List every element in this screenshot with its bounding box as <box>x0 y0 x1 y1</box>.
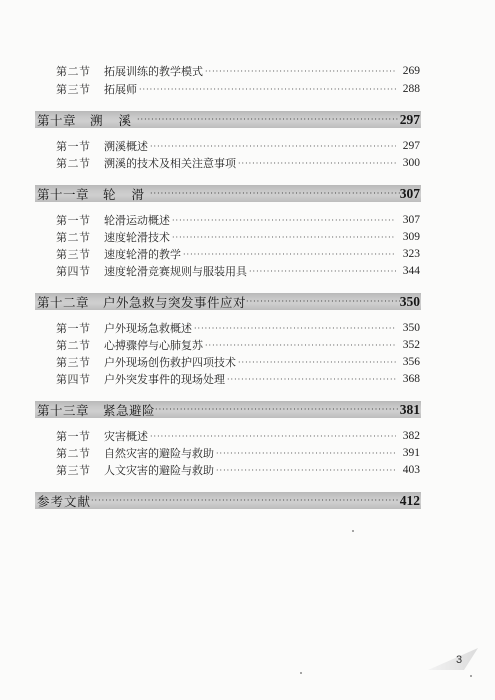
section-title: 速度轮滑技术 <box>100 229 170 245</box>
section-page: 323 <box>398 248 420 260</box>
chapter-page: 297 <box>400 112 421 128</box>
section-page: 307 <box>398 214 420 226</box>
section-title: 拓展师 <box>100 81 137 97</box>
section-title: 速度轮滑竞赛规则与服装用具 <box>100 263 247 279</box>
toc-section-row[interactable]: 第一节 灾害概述 382 <box>56 428 420 444</box>
toc-section-row[interactable]: 第四节 户外突发事件的现场处理 368 <box>56 371 420 387</box>
section-title: 拓展训练的教学模式 <box>100 63 203 79</box>
section-title: 速度轮滑的教学 <box>100 246 181 262</box>
section-page: 269 <box>398 65 420 77</box>
dot-leader <box>91 496 400 505</box>
section-number: 第二节 <box>56 63 100 79</box>
toc-section-row[interactable]: 第三节 拓展师 288 <box>56 81 420 97</box>
section-title: 户外现场创伤救护四项技术 <box>100 354 236 370</box>
section-page: 368 <box>398 373 420 385</box>
section-page: 350 <box>398 322 420 334</box>
scan-speck <box>300 672 302 674</box>
section-number: 第一节 <box>56 138 100 154</box>
dot-leader <box>216 466 396 475</box>
page-number: 3 <box>456 654 462 666</box>
dot-leader <box>194 324 396 333</box>
dot-leader <box>183 250 396 259</box>
section-page: 300 <box>398 157 420 169</box>
section-page: 391 <box>398 447 420 459</box>
section-title: 人文灾害的避险与救助 <box>100 462 214 478</box>
dot-leader <box>172 233 396 242</box>
toc-section-row[interactable]: 第三节 速度轮滑的教学 323 <box>56 246 420 262</box>
toc-section-row[interactable]: 第三节 人文灾害的避险与救助 403 <box>56 462 420 478</box>
dot-leader <box>216 449 396 458</box>
dot-leader <box>238 358 396 367</box>
section-number: 第一节 <box>56 212 100 228</box>
section-page: 352 <box>398 339 420 351</box>
toc-section-row[interactable]: 第一节 溯溪概述 297 <box>56 138 420 154</box>
dot-leader <box>150 432 396 441</box>
page-number-tab: 3 <box>428 648 478 670</box>
toc-section-row[interactable]: 第二节 速度轮滑技术 309 <box>56 229 420 245</box>
chapter-title: 户外急救与突发事件应对 <box>89 293 246 310</box>
section-number: 第三节 <box>56 462 100 478</box>
section-page: 297 <box>398 140 420 152</box>
section-number: 第二节 <box>56 445 100 461</box>
toc-section-row[interactable]: 第二节 拓展训练的教学模式 269 <box>56 63 420 79</box>
dot-leader <box>205 67 396 76</box>
section-number: 第二节 <box>56 155 100 171</box>
dot-leader <box>155 405 400 414</box>
dot-leader <box>205 341 396 350</box>
section-title: 灾害概述 <box>100 428 148 444</box>
toc-section-row[interactable]: 第四节 速度轮滑竞赛规则与服装用具 344 <box>56 263 420 279</box>
section-title: 心搏骤停与心肺复苏 <box>100 337 203 353</box>
references-title: 参考文献 <box>35 492 91 509</box>
dot-leader <box>246 297 400 306</box>
section-number: 第二节 <box>56 229 100 245</box>
section-number: 第四节 <box>56 371 100 387</box>
chapter-number: 第十章 <box>35 111 76 128</box>
scan-speck <box>352 530 354 532</box>
section-title: 轮滑运动概述 <box>100 212 170 228</box>
section-number: 第四节 <box>56 263 100 279</box>
section-page: 403 <box>398 464 420 476</box>
toc-section-row[interactable]: 第一节 户外现场急救概述 350 <box>56 320 420 336</box>
section-number: 第二节 <box>56 337 100 353</box>
section-title: 溯溪的技术及相关注意事项 <box>100 155 236 171</box>
chapter-title: 轮 滑 <box>89 185 150 202</box>
section-number: 第三节 <box>56 81 100 97</box>
section-title: 溯溪概述 <box>100 138 148 154</box>
dot-leader <box>150 189 400 198</box>
chapter-title: 溯 溪 <box>76 111 137 128</box>
toc-chapter-row[interactable]: 第十章 溯 溪 297 <box>35 111 421 128</box>
dot-leader <box>238 159 396 168</box>
section-number: 第三节 <box>56 354 100 370</box>
page-corner-shape <box>428 648 478 670</box>
section-title: 自然灾害的避险与救助 <box>100 445 214 461</box>
chapter-page: 307 <box>400 186 421 202</box>
chapter-number: 第十三章 <box>35 401 89 418</box>
section-title: 户外突发事件的现场处理 <box>100 371 225 387</box>
toc-section-row[interactable]: 第二节 自然灾害的避险与救助 391 <box>56 445 420 461</box>
dot-leader <box>227 375 396 384</box>
section-page: 382 <box>398 430 420 442</box>
toc-section-row[interactable]: 第二节 溯溪的技术及相关注意事项 300 <box>56 155 420 171</box>
section-page: 356 <box>398 356 420 368</box>
chapter-title: 紧急避险 <box>89 401 155 418</box>
toc-chapter-row[interactable]: 第十二章 户外急救与突发事件应对 350 <box>35 293 421 310</box>
toc-references-row[interactable]: 参考文献 412 <box>35 492 421 509</box>
dot-leader <box>139 85 396 94</box>
section-page: 288 <box>398 83 420 95</box>
dot-leader <box>137 115 400 124</box>
section-number: 第一节 <box>56 428 100 444</box>
references-page: 412 <box>400 493 421 509</box>
chapter-number: 第十二章 <box>35 293 89 310</box>
section-page: 309 <box>398 231 420 243</box>
section-number: 第一节 <box>56 320 100 336</box>
toc-chapter-row[interactable]: 第十一章 轮 滑 307 <box>35 185 421 202</box>
scan-speck <box>470 675 472 677</box>
dot-leader <box>249 267 396 276</box>
toc-section-row[interactable]: 第二节 心搏骤停与心肺复苏 352 <box>56 337 420 353</box>
dot-leader <box>172 216 396 225</box>
chapter-number: 第十一章 <box>35 185 89 202</box>
toc-section-row[interactable]: 第三节 户外现场创伤救护四项技术 356 <box>56 354 420 370</box>
section-page: 344 <box>398 265 420 277</box>
section-title: 户外现场急救概述 <box>100 320 192 336</box>
chapter-page: 381 <box>400 402 421 418</box>
toc-chapter-row[interactable]: 第十三章 紧急避险 381 <box>35 401 421 418</box>
section-number: 第三节 <box>56 246 100 262</box>
toc-section-row[interactable]: 第一节 轮滑运动概述 307 <box>56 212 420 228</box>
chapter-page: 350 <box>400 294 421 310</box>
dot-leader <box>150 142 396 151</box>
